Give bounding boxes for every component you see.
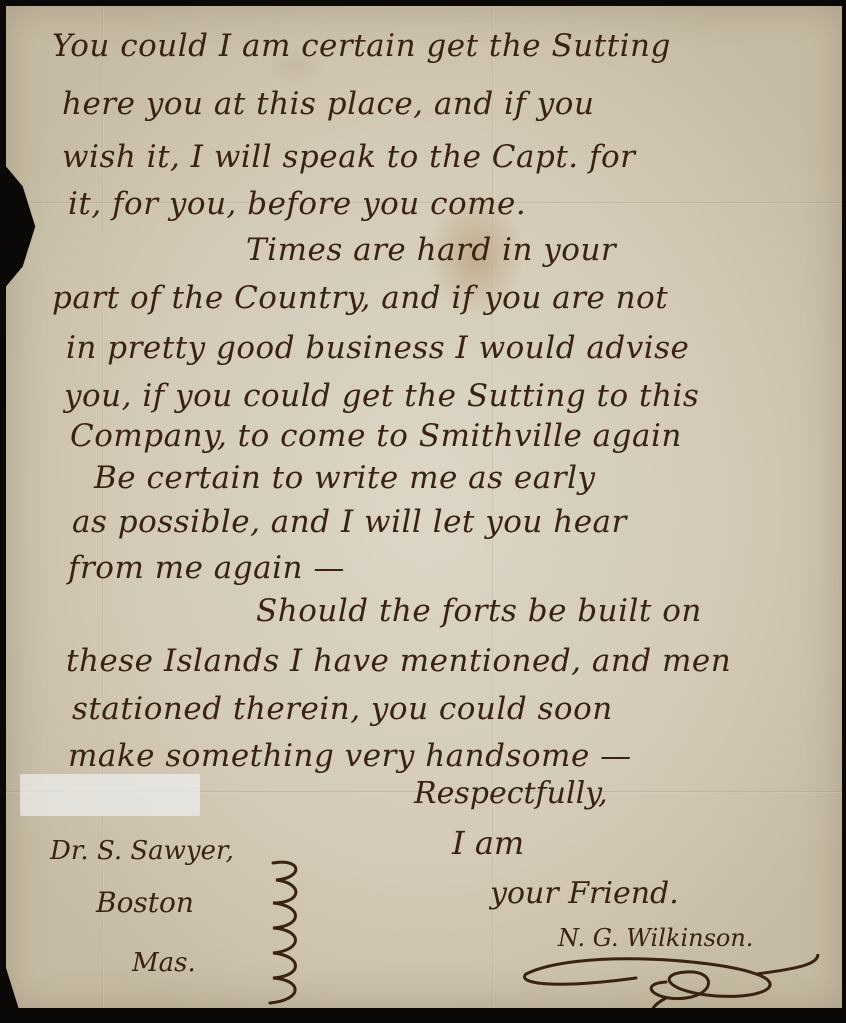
address-name: Dr. S. Sawyer, [50, 836, 234, 866]
letter-line: stationed therein, you could soon [72, 691, 613, 727]
letter-line: make something very handsome — [68, 738, 632, 774]
letter-line: Be certain to write me as early [94, 460, 596, 496]
address-state: Mas. [132, 948, 196, 978]
address-flourish-icon [258, 858, 308, 1008]
letter-line: from me again — [68, 550, 345, 586]
letter-line: Company, to come to Smithville again [70, 418, 682, 454]
letter-line: You could I am certain get the Sutting [52, 28, 671, 64]
letter-line: Should the forts be built on [256, 593, 702, 629]
letter-line: wish it, I will speak to the Capt. for [62, 139, 635, 175]
signature-flourish-icon [516, 954, 836, 1023]
letter-line: as possible, and I will let you hear [72, 504, 627, 540]
letter-line: here you at this place, and if you [62, 86, 594, 122]
letter-page: You could I am certain get the Sutting h… [6, 6, 842, 1008]
closing-your-friend: your Friend. [490, 876, 679, 911]
signature: N. G. Wilkinson. [558, 924, 753, 952]
letter-line: part of the Country, and if you are not [52, 280, 668, 316]
letter-line: these Islands I have mentioned, and men [66, 643, 731, 679]
letter-line: in pretty good business I would advise [66, 330, 689, 366]
closing-salutation: Respectfully, [414, 776, 608, 811]
letter-line: Times are hard in your [246, 232, 616, 268]
letter-line: it, for you, before you come. [68, 186, 526, 222]
letter-line: you, if you could get the Sutting to thi… [64, 378, 699, 414]
closing-i-am: I am [452, 824, 524, 862]
address-city: Boston [96, 886, 194, 919]
